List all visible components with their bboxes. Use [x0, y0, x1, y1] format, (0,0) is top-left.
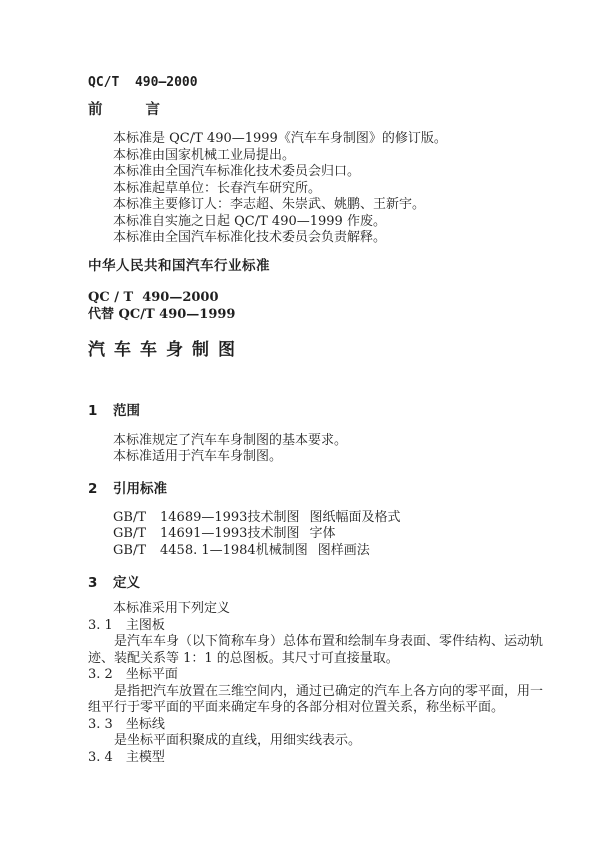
- scope-paragraphs: 本标准规定了汽车车身制图的基本要求。 本标准适用于汽车车身制图。: [88, 433, 548, 466]
- clause-heading-main-model: 3. 4主模型: [88, 750, 548, 767]
- clause-title: 坐标线: [126, 717, 165, 732]
- reference-number: 14691—1993: [160, 526, 247, 543]
- reference-number: 4458. 1—1984: [160, 543, 256, 560]
- reference-code: GB/T: [113, 510, 160, 527]
- reference-field: 技术制图: [247, 510, 309, 527]
- clause-heading-coordinate-plane: 3. 2坐标平面: [88, 667, 548, 684]
- clause-number: 3. 2: [88, 667, 113, 682]
- reference-item: GB/T14689—1993技术制图图纸幅面及格式: [113, 510, 548, 527]
- foreword-line: 本标准由国家机械工业局提出。: [113, 148, 548, 165]
- section-title: 范围: [113, 403, 140, 419]
- doc-code-header: QC/T 490—2000: [88, 74, 548, 91]
- reference-list: GB/T14689—1993技术制图图纸幅面及格式 GB/T14691—1993…: [88, 510, 548, 560]
- reference-item: GB/T4458. 1—1984机械制图图样画法: [113, 543, 548, 560]
- section-number: 2: [88, 480, 113, 498]
- foreword-line: 本标准自实施之日起 QC/T 490—1999 作废。: [113, 214, 548, 231]
- clause-text: 是指把汽车放置在三维空间内，通过已确定的汽车上各方向的零平面，用一组平行于零平面…: [88, 684, 548, 717]
- reference-field: 技术制图: [247, 526, 309, 543]
- clause-title: 主模型: [126, 750, 165, 765]
- clause-number: 3. 3: [88, 717, 113, 732]
- scope-line: 本标准适用于汽车车身制图。: [113, 449, 548, 466]
- clause-text: 是坐标平面积聚成的直线，用细实线表示。: [88, 733, 548, 750]
- document-title: 汽车车身制图: [88, 338, 548, 362]
- page-content: QC/T 490—2000 前言 本标准是 QC/T 490—1999《汽车车身…: [0, 0, 600, 766]
- section-number: 3: [88, 574, 113, 592]
- definitions-intro: 本标准采用下列定义: [88, 601, 548, 618]
- reference-code: GB/T: [113, 526, 160, 543]
- clause-heading-main-drawing-board: 3. 1主图板: [88, 618, 548, 635]
- clause-number: 3. 4: [88, 750, 113, 765]
- reference-title: 字体: [309, 526, 335, 541]
- foreword-paragraphs: 本标准是 QC/T 490—1999《汽车车身制图》的修订版。 本标准由国家机械…: [88, 131, 548, 247]
- section-title: 引用标准: [113, 481, 167, 497]
- foreword-line: 本标准由全国汽车标准化技术委员会归口。: [113, 164, 548, 181]
- foreword-title: 前言: [88, 101, 548, 119]
- clause-title: 主图板: [126, 618, 165, 633]
- clause-number: 3. 1: [88, 618, 113, 633]
- section-heading-definitions: 3定义: [88, 574, 548, 592]
- clause-text: 是汽车车身（以下简称车身）总体布置和绘制车身表面、零件结构、运动轨迹、装配关系等…: [88, 634, 548, 667]
- standard-class-title: 中华人民共和国汽车行业标准: [88, 258, 548, 275]
- reference-number: 14689—1993: [160, 510, 247, 527]
- foreword-line: 本标准由全国汽车标准化技术委员会负责解释。: [113, 230, 548, 247]
- reference-title: 图纸幅面及格式: [309, 510, 400, 525]
- clause-heading-coordinate-line: 3. 3坐标线: [88, 717, 548, 734]
- standard-code: QC / T 490—2000: [88, 289, 548, 306]
- standard-replaces: 代替 QC/T 490—1999: [88, 306, 548, 323]
- reference-title: 图样画法: [318, 543, 370, 558]
- reference-field: 机械制图: [256, 543, 318, 560]
- section-title: 定义: [113, 575, 140, 591]
- foreword-line: 本标准是 QC/T 490—1999《汽车车身制图》的修订版。: [113, 131, 548, 148]
- document-page: QC/T 490—2000 前言 本标准是 QC/T 490—1999《汽车车身…: [0, 0, 600, 849]
- section-heading-scope: 1范围: [88, 402, 548, 420]
- section-number: 1: [88, 402, 113, 420]
- reference-item: GB/T14691—1993技术制图字体: [113, 526, 548, 543]
- scope-line: 本标准规定了汽车车身制图的基本要求。: [113, 433, 548, 450]
- foreword-line: 本标准起草单位：长春汽车研究所。: [113, 181, 548, 198]
- foreword-line: 本标准主要修订人：李志超、朱崇武、姚鹏、王新宇。: [113, 197, 548, 214]
- reference-code: GB/T: [113, 543, 160, 560]
- clause-title: 坐标平面: [126, 667, 178, 682]
- section-heading-references: 2引用标准: [88, 480, 548, 498]
